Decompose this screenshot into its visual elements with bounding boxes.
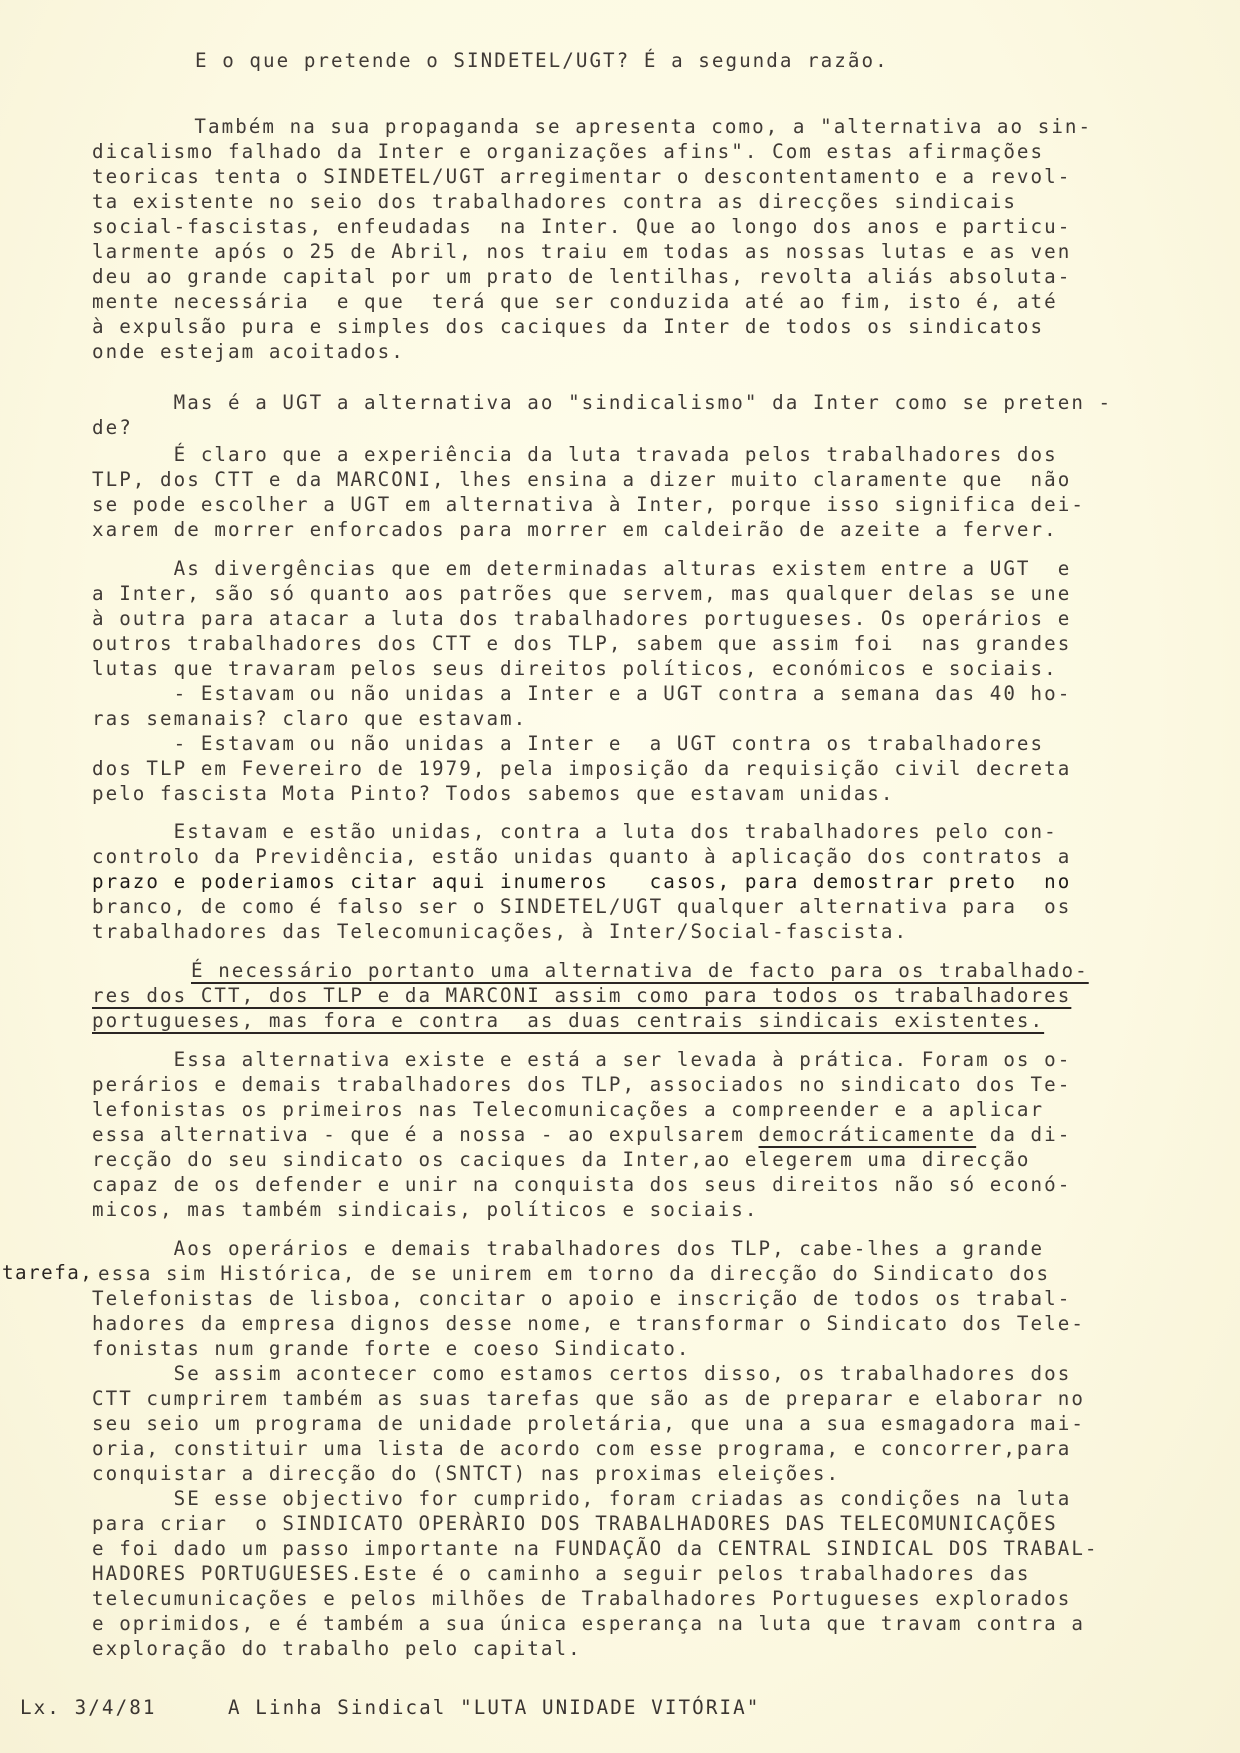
text-line: perários e demais trabalhadores dos TLP,… [92, 1072, 1071, 1097]
underlined-line: É necessário portanto uma alternativa de… [191, 958, 1089, 983]
text-line: mente necessária e que terá que ser cond… [92, 289, 1058, 314]
margin-annotation: tarefa, [2, 1261, 93, 1284]
text-line: telecumunicações e pelos milhões de Trab… [92, 1586, 1071, 1611]
text-line: SE esse objectivo for cumprido, foram cr… [92, 1486, 1071, 1511]
text-line: Aos operários e demais trabalhadores dos… [92, 1236, 1044, 1261]
signature: A Linha Sindical "LUTA UNIDADE VITÓRIA" [228, 1696, 760, 1719]
text-line: social-fascistas, enfeudadas na Inter. Q… [92, 214, 1071, 239]
text-line: deu ao grande capital por um prato de le… [92, 264, 1071, 289]
text-line: Também na sua propaganda se apresenta co… [140, 114, 1092, 139]
text-line: recção do seu sindicato os caciques da I… [92, 1147, 1031, 1172]
opening-line: E o que pretende o SINDETEL/UGT? É a seg… [195, 48, 889, 73]
text-line: conquistar a direcção do (SNTCT) nas pro… [92, 1461, 840, 1486]
text-segment: da di- [976, 1123, 1071, 1146]
text-segment: essa alternativa - que é a nossa - ao ex… [92, 1123, 759, 1146]
text-line: e oprimidos, e é também a sua única espe… [92, 1611, 1085, 1636]
text-line: As divergências que em determinadas altu… [92, 556, 1071, 581]
text-line: dos TLP em Fevereiro de 1979, pela impos… [92, 756, 1071, 781]
text-line: se pode escolher a UGT em alternativa à … [92, 492, 1085, 517]
text-line: prazo e poderiamos citar aqui inumeros c… [92, 869, 1071, 894]
text-line: ta existente no seio dos trabalhadores c… [92, 189, 1017, 214]
text-line: lutas que travaram pelos seus direitos p… [92, 656, 1058, 681]
text-line: controlo da Previdência, estão unidas qu… [92, 844, 1071, 869]
text-line: de? [92, 415, 133, 440]
text-line: e foi dado um passo importante na FUNDAÇ… [92, 1536, 1099, 1561]
text-line: dicalismo falhado da Inter e organizaçõe… [92, 139, 1044, 164]
text-line: larmente após o 25 de Abril, nos traiu e… [92, 239, 1071, 264]
text-line: branco, de como é falso ser o SINDETEL/U… [92, 894, 1071, 919]
text-line: - Estavam ou não unidas a Inter e a UGT … [92, 731, 1044, 756]
text-line: Mas é a UGT a alternativa ao "sindicalis… [92, 390, 1112, 415]
text-line: essa sim Histórica, de se unirem em torn… [98, 1261, 1050, 1286]
underlined-word: democráticamente [759, 1123, 977, 1146]
text-line: à outra para atacar a luta dos trabalhad… [92, 606, 1071, 631]
scanned-page: E o que pretende o SINDETEL/UGT? É a seg… [0, 0, 1240, 1753]
text-line: Telefonistas de lisboa, concitar o apoio… [92, 1286, 1071, 1311]
text-line: pelo fascista Mota Pinto? Todos sabemos … [92, 781, 895, 806]
text-line: Essa alternativa existe e está a ser lev… [92, 1047, 1071, 1072]
text-line: HADORES PORTUGUESES.Este é o caminho a s… [92, 1561, 1031, 1586]
text-line: ras semanais? claro que estavam. [92, 706, 527, 731]
text-line: onde estejam acoitados. [92, 339, 405, 364]
underlined-line: res dos CTT, dos TLP e da MARCONI assim … [92, 983, 1071, 1008]
text-line: fonistas num grande forte e coeso Sindic… [92, 1336, 690, 1361]
text-line: para criar o SINDICATO OPERÀRIO DOS TRAB… [92, 1511, 1058, 1536]
text-line: TLP, dos CTT e da MARCONI, lhes ensina a… [92, 467, 1071, 492]
text-line: lefonistas os primeiros nas Telecomunica… [92, 1097, 1044, 1122]
text-line: Se assim acontecer como estamos certos d… [92, 1361, 1071, 1386]
text-line: oria, constituir uma lista de acordo com… [92, 1436, 1071, 1461]
text-line: teoricas tenta o SINDETEL/UGT arregiment… [92, 164, 1071, 189]
text-line: essa alternativa - que é a nossa - ao ex… [92, 1122, 1071, 1147]
text-line: CTT cumprirem também as suas tarefas que… [92, 1386, 1085, 1411]
text-line: micos, mas também sindicais, políticos e… [92, 1197, 759, 1222]
text-line: trabalhadores das Telecomunicações, à In… [92, 919, 908, 944]
text-line: exploração do trabalho pelo capital. [92, 1636, 582, 1661]
text-line: capaz de os defender e unir na conquista… [92, 1172, 1071, 1197]
text-line: - Estavam ou não unidas a Inter e a UGT … [92, 681, 1071, 706]
underlined-line: portugueses, mas fora e contra as duas c… [92, 1008, 1044, 1033]
place-date: Lx. 3/4/81 [20, 1696, 157, 1719]
text-line: Estavam e estão unidas, contra a luta do… [92, 819, 1058, 844]
text-line: outros trabalhadores dos CTT e dos TLP, … [92, 631, 1071, 656]
text-line: É claro que a experiência da luta travad… [92, 442, 1058, 467]
text-line: seu seio um programa de unidade proletár… [92, 1411, 1085, 1436]
text-line: a Inter, são só quanto aos patrões que s… [92, 581, 1071, 606]
text-line: xarem de morrer enforcados para morrer e… [92, 517, 1058, 542]
text-line: à expulsão pura e simples dos caciques d… [92, 314, 1044, 339]
text-line: hadores da empresa dignos desse nome, e … [92, 1311, 1085, 1336]
